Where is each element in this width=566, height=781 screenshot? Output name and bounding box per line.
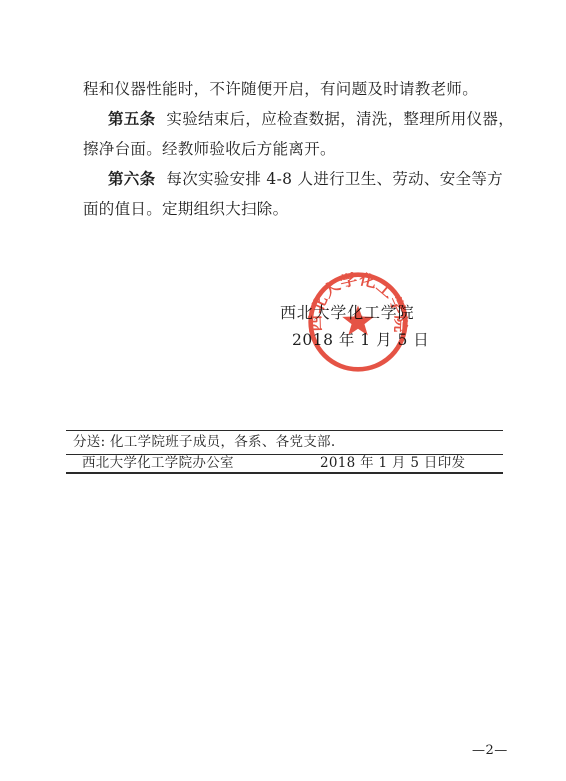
body-line: 第五条实验结束后，应检查数据，清洗，整理所用仪器， xyxy=(83,104,475,134)
colophon-block: 分送: 化工学院班子成员，各系、各党支部. 西北大学化工学院办公室 2018 年… xyxy=(66,430,503,474)
body-line-text: 实验结束后，应检查数据，清洗，整理所用仪器， xyxy=(166,110,514,128)
body-line: 第六条每次实验安排 4-8 人进行卫生、劳动、安全等方 xyxy=(83,164,475,194)
document-page: 程和仪器性能时，不许随便开启，有问题及时请教老师。 第五条实验结束后，应检查数据… xyxy=(0,0,566,781)
body-line: 程和仪器性能时，不许随便开启，有问题及时请教老师。 xyxy=(83,74,475,104)
colophon-divider-bottom xyxy=(66,472,503,474)
seal-star-icon xyxy=(342,305,374,335)
article-term: 第六条 xyxy=(108,169,155,188)
body-line-text: 每次实验安排 4-8 人进行卫生、劳动、安全等方 xyxy=(166,170,503,188)
distribution-line: 分送: 化工学院班子成员，各系、各党支部. xyxy=(66,431,503,454)
body-line-text: 面的值日。定期组织大扫除。 xyxy=(83,200,288,218)
body-line: 擦净台面。经教师验收后方能离开。 xyxy=(83,134,475,164)
page-number: —2— xyxy=(472,743,508,758)
article-term: 第五条 xyxy=(108,109,155,128)
print-date: 2018 年 1 月 5 日印发 xyxy=(320,455,465,472)
issuing-office: 西北大学化工学院办公室 xyxy=(82,455,234,472)
body-text: 程和仪器性能时，不许随便开启，有问题及时请教老师。 第五条实验结束后，应检查数据… xyxy=(83,74,475,224)
body-line: 面的值日。定期组织大扫除。 xyxy=(83,194,475,224)
official-seal-stamp: 西北大学化工学院 xyxy=(306,270,410,374)
body-line-text: 擦净台面。经教师验收后方能离开。 xyxy=(83,140,336,158)
body-line-text: 程和仪器性能时，不许随便开启，有问题及时请教老师。 xyxy=(83,80,478,98)
office-line: 西北大学化工学院办公室 2018 年 1 月 5 日印发 xyxy=(66,455,503,472)
